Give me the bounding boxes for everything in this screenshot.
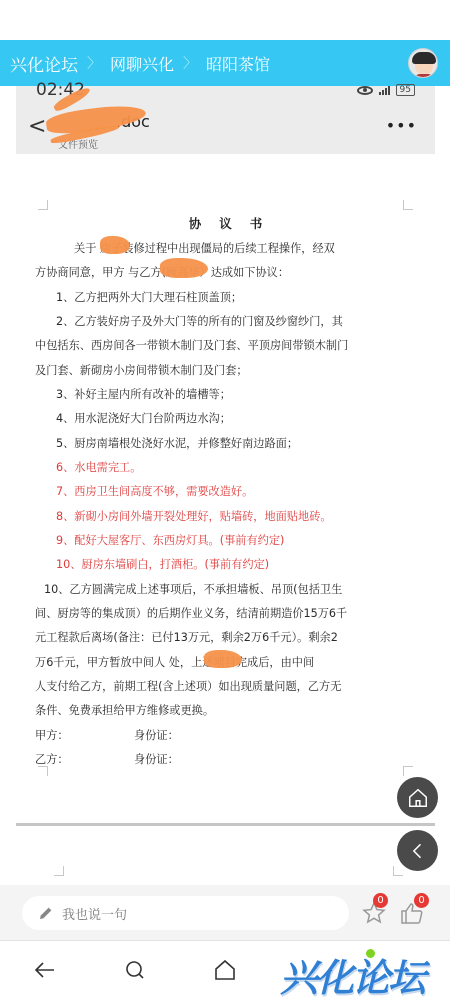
pencil-icon (38, 905, 54, 921)
document-title: 协议书 (16, 214, 435, 232)
comment-placeholder: 我也说一句 (62, 904, 127, 923)
doc-line: 人支付给乙方，前期工程(含上述项）如出现质量问题，乙方无 (35, 678, 341, 694)
page-corner-mark (38, 766, 48, 776)
breadcrumb-subforum[interactable]: 昭阳茶馆 (206, 52, 270, 75)
back-button[interactable] (397, 830, 438, 871)
home-icon (407, 787, 429, 809)
doc-line-highlighted: 9、配好大屋客厅、东西房灯具。(事前有约定) (56, 532, 284, 548)
nav-home-button[interactable] (210, 955, 240, 985)
doc-line: 间、厨房等的集成顶）的后期作业义务，结清前期造价15万6千 (35, 605, 347, 621)
doc-line-highlighted: 6、水电需完工。 (56, 459, 141, 475)
user-avatar[interactable] (408, 48, 438, 78)
doc-line: 元工程款后离场(备注：已付13万元，剩余2万6千元）。剩余2 (35, 629, 338, 645)
doc-line: 10、乙方圆满完成上述事项后，不承担墙板、吊顶(包括卫生 (44, 581, 342, 597)
like-button[interactable]: 0 (400, 901, 426, 927)
page-divider (16, 823, 435, 826)
document-page: 协议书 关于 房子装修过程中出现僵局的后续工程操作，经双 方协商同意，甲方 与乙… (16, 154, 435, 824)
doc-line: 4、用水泥浇好大门台阶两边水沟； (56, 410, 231, 426)
breadcrumb-separator: 〉 (87, 53, 101, 73)
breadcrumb-separator: 〉 (183, 53, 197, 73)
comment-input[interactable]: 我也说一句 (22, 896, 349, 930)
site-logo: 兴化论坛 (280, 947, 424, 1000)
doc-line: 1、乙方把两外大门大理石柱顶盖顶； (56, 289, 242, 305)
page-corner-mark (393, 866, 403, 876)
arrow-left-icon (33, 958, 57, 982)
page-corner-mark (403, 200, 413, 210)
nav-search-button[interactable] (120, 955, 150, 985)
eye-icon (357, 86, 373, 95)
bottom-nav-bar: 兴化论坛 (0, 941, 450, 1000)
party-b-label: 乙方： (35, 751, 69, 767)
page-corner-mark (403, 766, 413, 776)
doc-line: 2、乙方装好房子及外大门等的所有的门窗及纱窗纱门，其 (56, 313, 343, 329)
doc-line-highlighted: 10、厨房东墙刷白，打酒柜。(事前有约定) (56, 556, 269, 572)
page-corner-mark (54, 866, 64, 876)
page-corner-mark (38, 200, 48, 210)
top-blank-area (0, 0, 450, 40)
signal-icon (379, 85, 390, 95)
party-b-id-label: 身份证： (134, 751, 179, 767)
back-arrow-icon: < (28, 114, 46, 139)
breadcrumb-section[interactable]: 网聊兴化 (110, 52, 174, 75)
search-icon (123, 958, 147, 982)
redaction-mark (160, 258, 208, 278)
doc-line: 中包括东、西房间各一带锁木制门及门套、平顶房间带锁木制门 (35, 337, 348, 353)
battery-icon: 95 (396, 84, 415, 96)
like-count-badge: 0 (414, 893, 429, 908)
doc-line-highlighted: 7、西房卫生间高度不够，需要改造好。 (56, 483, 253, 499)
favorite-count-badge: 0 (373, 893, 388, 908)
chevron-left-icon (408, 841, 428, 861)
redaction-mark (204, 650, 242, 668)
comment-bar: 我也说一句 0 0 (0, 885, 450, 941)
party-a-id-label: 身份证： (134, 727, 179, 743)
party-a-label: 甲方： (35, 727, 69, 743)
nav-back-button[interactable] (30, 955, 60, 985)
breadcrumb-forum-home[interactable]: 兴化论坛 (10, 51, 78, 76)
doc-line: 3、补好主屋内所有改补的墙槽等； (56, 386, 231, 402)
doc-line-highlighted: 8、新砌小房间外墙开裂处理好，贴墙砖，地面贴地砖。 (56, 508, 332, 524)
favorite-button[interactable]: 0 (362, 901, 388, 927)
doc-line: 条件、免费承担给甲方维修或更换。 (35, 702, 214, 718)
doc-line: 5、厨房南墙根处浇好水泥，并修整好南边路面； (56, 435, 298, 451)
status-icons: 95 (357, 84, 415, 96)
home-outline-icon (213, 958, 237, 982)
home-button[interactable] (397, 777, 438, 818)
redaction-mark (100, 236, 130, 254)
logo-dot (366, 949, 375, 958)
screenshot-app-header: 02:42 95 < .doc 文件预览 ••• (16, 86, 435, 154)
doc-line: 及门套、新砌房小房间带锁木制门及门套； (35, 362, 248, 378)
doc-line: 万6千元，甲方暂放中间人 处，上述项目完成后，由中间 (35, 654, 314, 670)
more-icon: ••• (386, 116, 417, 135)
